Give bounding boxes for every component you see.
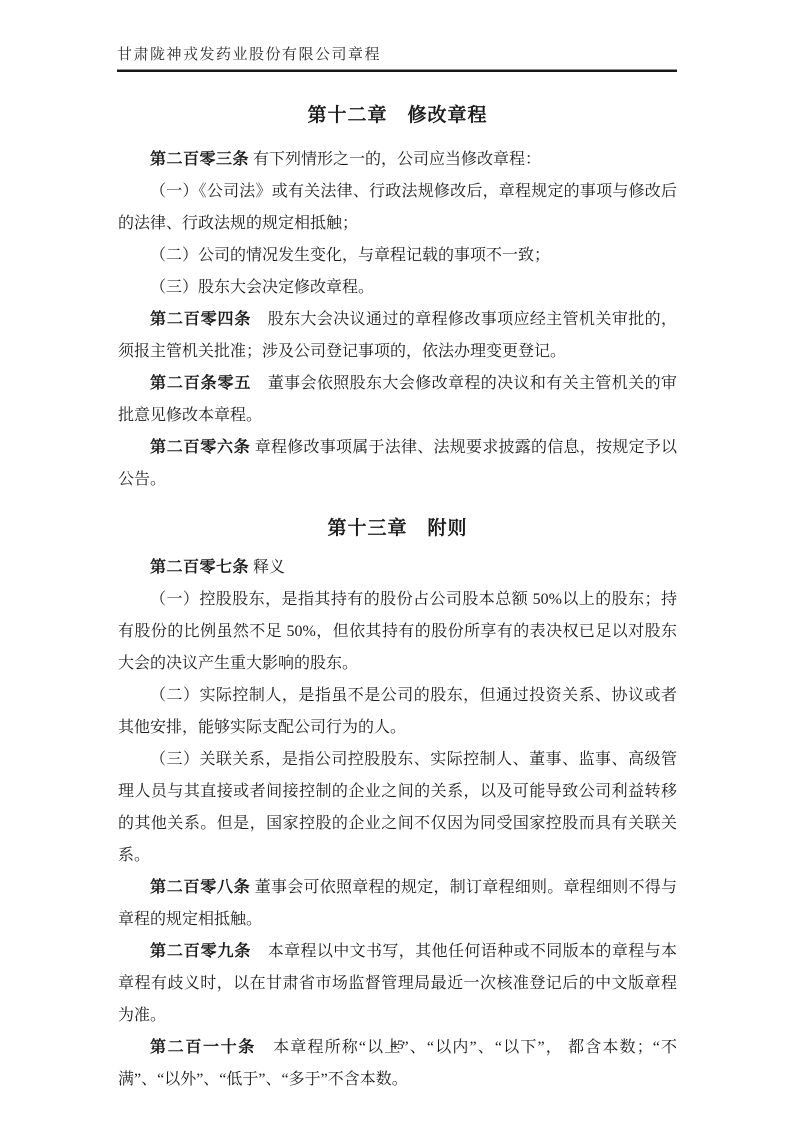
article-205: 第二百条零五 董事会依照股东大会修改章程的决议和有关主管机关的审批意见修改本章程… bbox=[118, 368, 677, 432]
article-206: 第二百零六条 章程修改事项属于法律、法规要求披露的信息，按规定予以公告。 bbox=[118, 432, 677, 496]
article-207-number: 第二百零七条 bbox=[150, 559, 249, 576]
article-203-number: 第二百零三条 bbox=[150, 151, 249, 168]
article-209-number: 第二百零九条 bbox=[150, 943, 251, 960]
article-203-item-2: （二）公司的情况发生变化，与章程记载的事项不一致； bbox=[118, 240, 677, 272]
article-204-number: 第二百零四条 bbox=[150, 311, 251, 328]
document-page: 甘肃陇神戎发药业股份有限公司章程 第十二章 修改章程 第二百零三条 有下列情形之… bbox=[0, 0, 794, 1122]
chapter-12-heading: 第十二章 修改章程 bbox=[118, 102, 677, 130]
page-header: 甘肃陇神戎发药业股份有限公司章程 bbox=[117, 0, 677, 72]
article-203-item-1: （一）《公司法》或有关法律、行政法规修改后，章程规定的事项与修改后的法律、行政法… bbox=[118, 176, 677, 240]
article-204: 第二百零四条 股东大会决议通过的章程修改事项应经主管机关审批的，须报主管机关批准… bbox=[118, 304, 677, 368]
header-document-title: 甘肃陇神戎发药业股份有限公司章程 bbox=[117, 0, 677, 69]
article-208-number: 第二百零八条 bbox=[150, 879, 251, 896]
page-footer: 45 bbox=[0, 1037, 794, 1053]
document-body: 第十二章 修改章程 第二百零三条 有下列情形之一的，公司应当修改章程： （一）《… bbox=[118, 72, 677, 1096]
article-207-text: 释义 bbox=[249, 559, 285, 576]
article-205-number: 第二百条零五 bbox=[150, 375, 251, 392]
article-203-item-3: （三）股东大会决定修改章程。 bbox=[118, 272, 677, 304]
article-207-item-2: （二）实际控制人，是指虽不是公司的股东，但通过投资关系、协议或者其他安排，能够实… bbox=[118, 680, 677, 744]
article-207: 第二百零七条 释义 bbox=[118, 552, 677, 584]
article-203-text: 有下列情形之一的，公司应当修改章程： bbox=[249, 151, 541, 168]
article-207-item-1: （一）控股股东，是指其持有的股份占公司股本总额 50%以上的股东；持有股份的比例… bbox=[118, 584, 677, 680]
article-206-number: 第二百零六条 bbox=[150, 439, 251, 456]
article-207-item-3: （三）关联关系，是指公司控股股东、实际控制人、董事、监事、高级管理人员与其直接或… bbox=[118, 744, 677, 872]
chapter-13-heading: 第十三章 附则 bbox=[118, 515, 677, 543]
article-209: 第二百零九条 本章程以中文书写，其他任何语种或不同版本的章程与本章程有歧义时，以… bbox=[118, 936, 677, 1032]
article-203: 第二百零三条 有下列情形之一的，公司应当修改章程： bbox=[118, 144, 677, 176]
article-208: 第二百零八条 董事会可依照章程的规定，制订章程细则。章程细则不得与章程的规定相抵… bbox=[118, 872, 677, 936]
page-number: 45 bbox=[391, 1037, 404, 1052]
